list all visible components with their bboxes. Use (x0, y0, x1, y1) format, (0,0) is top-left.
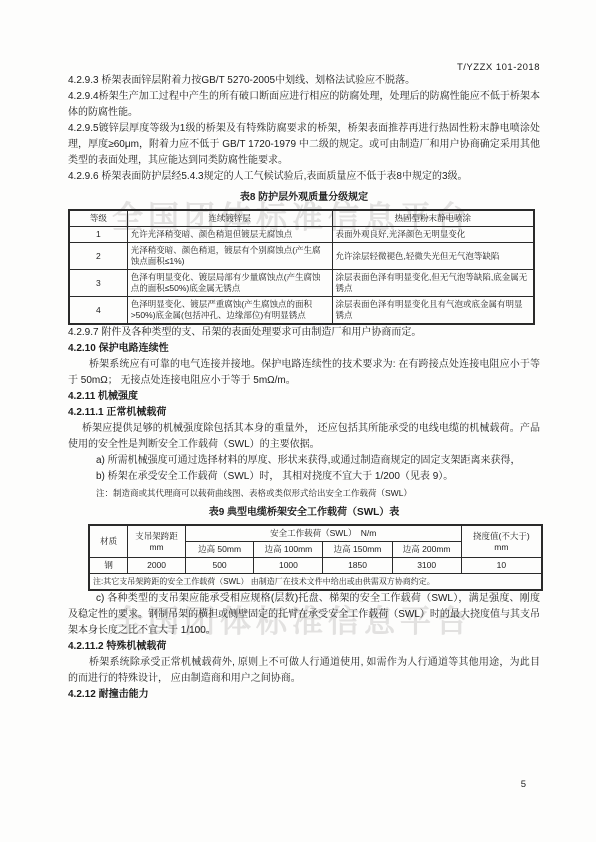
table8-header-row: 等级 连续镀锌层 热固型粉末静电喷涂 (69, 210, 534, 227)
clause-4-2-9-5: 4.2.9.5镀锌层厚度等级为1级的桥架及有特殊防腐要求的桥架，桥架表面推荐再进… (68, 121, 540, 169)
table9-header-swl: 安全工作载荷（SWL） N/m (185, 525, 461, 542)
table9-note-row: 注:其它支吊架跨距的安全工作载荷（SWL） 由制造厂在技术文件中给出或由供需双方… (89, 574, 542, 591)
table-cell: 光泽稍变暗、颜色稍退，镀层有个别腐蚀点(产生腐蚀点面积≤1%) (127, 243, 332, 270)
table8-title: 表8 防护层外观质量分级规定 (68, 191, 540, 205)
heading-4-2-12: 4.2.12 耐撞击能力 (68, 687, 540, 703)
table-cell: 1850 (323, 558, 392, 574)
table8-header-zinc: 连续镀锌层 (127, 210, 332, 227)
table9-subheader-h100: 边高 100mm (254, 542, 323, 558)
heading-4-2-11-1: 4.2.11.1 正常机械载荷 (68, 405, 540, 421)
table-cell: 4 (69, 297, 127, 325)
table9-header-deflection: 挠度值(不大于) mm (461, 525, 542, 558)
table8-header-coating: 热固型粉末静电喷涂 (332, 210, 534, 227)
heading-4-2-11-2: 4.2.11.2 特殊机械载荷 (68, 639, 540, 655)
table-cell: 允许光泽稍变暗、颜色稍退但镀层无腐蚀点 (127, 227, 332, 243)
paragraph-4-2-11-2: 桥架系统除承受正常机械载荷外, 原则上不可做人行通道使用, 如需作为人行通道等其… (68, 655, 540, 687)
clause-4-2-9-4: 4.2.9.4桥架生产加工过程中产生的所有破口断面应进行相应的防腐处理，处理后的… (68, 89, 540, 121)
table9-header-deflection-unit: mm (465, 542, 538, 553)
table-cell: 3 (69, 270, 127, 297)
table-row: 3 色泽有明显变化、镀层局部有少量腐蚀点(产生腐蚀点的面积≤50%)底金属无锈点… (69, 270, 534, 297)
table-cell: 允许涂层轻微褪色,轻微失光但无气泡等缺陷 (332, 243, 534, 270)
page-content: T/YZZX 101-2018 4.2.9.3 桥架表面锌层附着力按GB/T 5… (68, 0, 540, 703)
paragraph-4-2-10: 桥架系统应有可靠的电气连接并接地。保护电路连续性的技术要求为: 在有跨接点处连接… (68, 357, 540, 389)
table-row: 2 光泽稍变暗、颜色稍退，镀层有个别腐蚀点(产生腐蚀点面积≤1%) 允许涂层轻微… (69, 243, 534, 270)
table-cell: 色泽明显变化、镀层严重腐蚀(产生腐蚀点的面积>50%)底金属(包括冲孔、边缘部位… (127, 297, 332, 325)
table-cell: 涂层表面色泽有明显变化且有气泡或底金属有明显锈点 (332, 297, 534, 325)
table-cell: 500 (185, 558, 254, 574)
clause-4-2-9-6: 4.2.9.6 桥架表面防护层经5.4.3规定的人工气候试验后,表面质量应不低于… (68, 169, 540, 185)
table-cell: 涂层表面色泽有明显变化,但无气泡等缺陷,底金属无锈点 (332, 270, 534, 297)
list-item-b: b) 桥架在承受安全工作载荷（SWL）时， 其相对挠度不宜大于 1/200（见表… (68, 469, 540, 485)
table9-swl-values: 材质 支吊架跨距 mm 安全工作载荷（SWL） N/m 挠度值(不大于) mm … (88, 524, 543, 591)
table-cell: 表面外观良好,光泽颜色无明显变化 (332, 227, 534, 243)
standard-number-header: T/YZZX 101-2018 (68, 62, 540, 73)
table-cell: 10 (461, 558, 542, 574)
table-row: 4 色泽明显变化、镀层严重腐蚀(产生腐蚀点的面积>50%)底金属(包括冲孔、边缘… (69, 297, 534, 325)
table-cell: 色泽有明显变化、镀层局部有少量腐蚀点(产生腐蚀点的面积≤50%)底金属无锈点 (127, 270, 332, 297)
table-cell: 钢 (89, 558, 128, 574)
table-cell: 3100 (392, 558, 461, 574)
table-cell: 2000 (128, 558, 185, 574)
table-row: 钢 2000 500 1000 1850 3100 10 (89, 558, 542, 574)
table8-protective-layer-grades: 等级 连续镀锌层 热固型粉末静电喷涂 1 允许光泽稍变暗、颜色稍退但镀层无腐蚀点… (68, 209, 535, 325)
table-cell: 2 (69, 243, 127, 270)
table9-note: 注:其它支吊架跨距的安全工作载荷（SWL） 由制造厂在技术文件中给出或由供需双方… (89, 574, 542, 591)
table9-header-span-label: 支吊架跨距 (131, 531, 181, 542)
table9-subheader-h150: 边高 150mm (323, 542, 392, 558)
heading-4-2-10: 4.2.10 保护电路连续性 (68, 341, 540, 357)
document-page: 全国团体标准信息平台 全国团体标准信息平台 T/YZZX 101-2018 4.… (0, 0, 596, 842)
paragraph-4-2-11-1: 桥架应提供足够的机械强度除包括其本身的重量外， 还应包括其所能承受的电线电缆的机… (68, 421, 540, 453)
page-number: 5 (521, 779, 526, 790)
table-cell: 1 (69, 227, 127, 243)
list-item-c: c) 各种类型的支吊架应能承受相应规格(层数)托盘、梯架的安全工作载荷（SWL）… (68, 591, 540, 639)
table-row: 1 允许光泽稍变暗、颜色稍退但镀层无腐蚀点 表面外观良好,光泽颜色无明显变化 (69, 227, 534, 243)
table9-header-row-1: 材质 支吊架跨距 mm 安全工作载荷（SWL） N/m 挠度值(不大于) mm (89, 525, 542, 542)
table9-header-span: 支吊架跨距 mm (128, 525, 185, 558)
table9-header-deflection-label: 挠度值(不大于) (465, 531, 538, 542)
table-cell: 1000 (254, 558, 323, 574)
table9-subheader-h50: 边高 50mm (185, 542, 254, 558)
heading-4-2-11: 4.2.11 机械强度 (68, 389, 540, 405)
table9-header-material: 材质 (89, 525, 128, 558)
clause-4-2-9-3: 4.2.9.3 桥架表面锌层附着力按GB/T 5270-2005中划线、划格法试… (68, 73, 540, 89)
table9-header-span-unit: mm (131, 542, 181, 553)
table9-title: 表9 典型电缆桥架安全工作载荷（SWL）表 (68, 506, 540, 520)
clause-4-2-9-7: 4.2.9.7 附件及各种类型的支、吊架的表面处理要求可由制造厂和用户协商而定。 (68, 325, 540, 341)
table9-subheader-h200: 边高 200mm (392, 542, 461, 558)
list-item-a: a) 所需机械强度可通过选择材料的厚度、形状来获得,或通过制造商规定的固定支架距… (68, 453, 540, 469)
note-swl: 注：制造商或其代理商可以载荷曲线图、表格或类似形式给出安全工作载荷（SWL） (68, 487, 540, 500)
table8-header-grade: 等级 (69, 210, 127, 227)
